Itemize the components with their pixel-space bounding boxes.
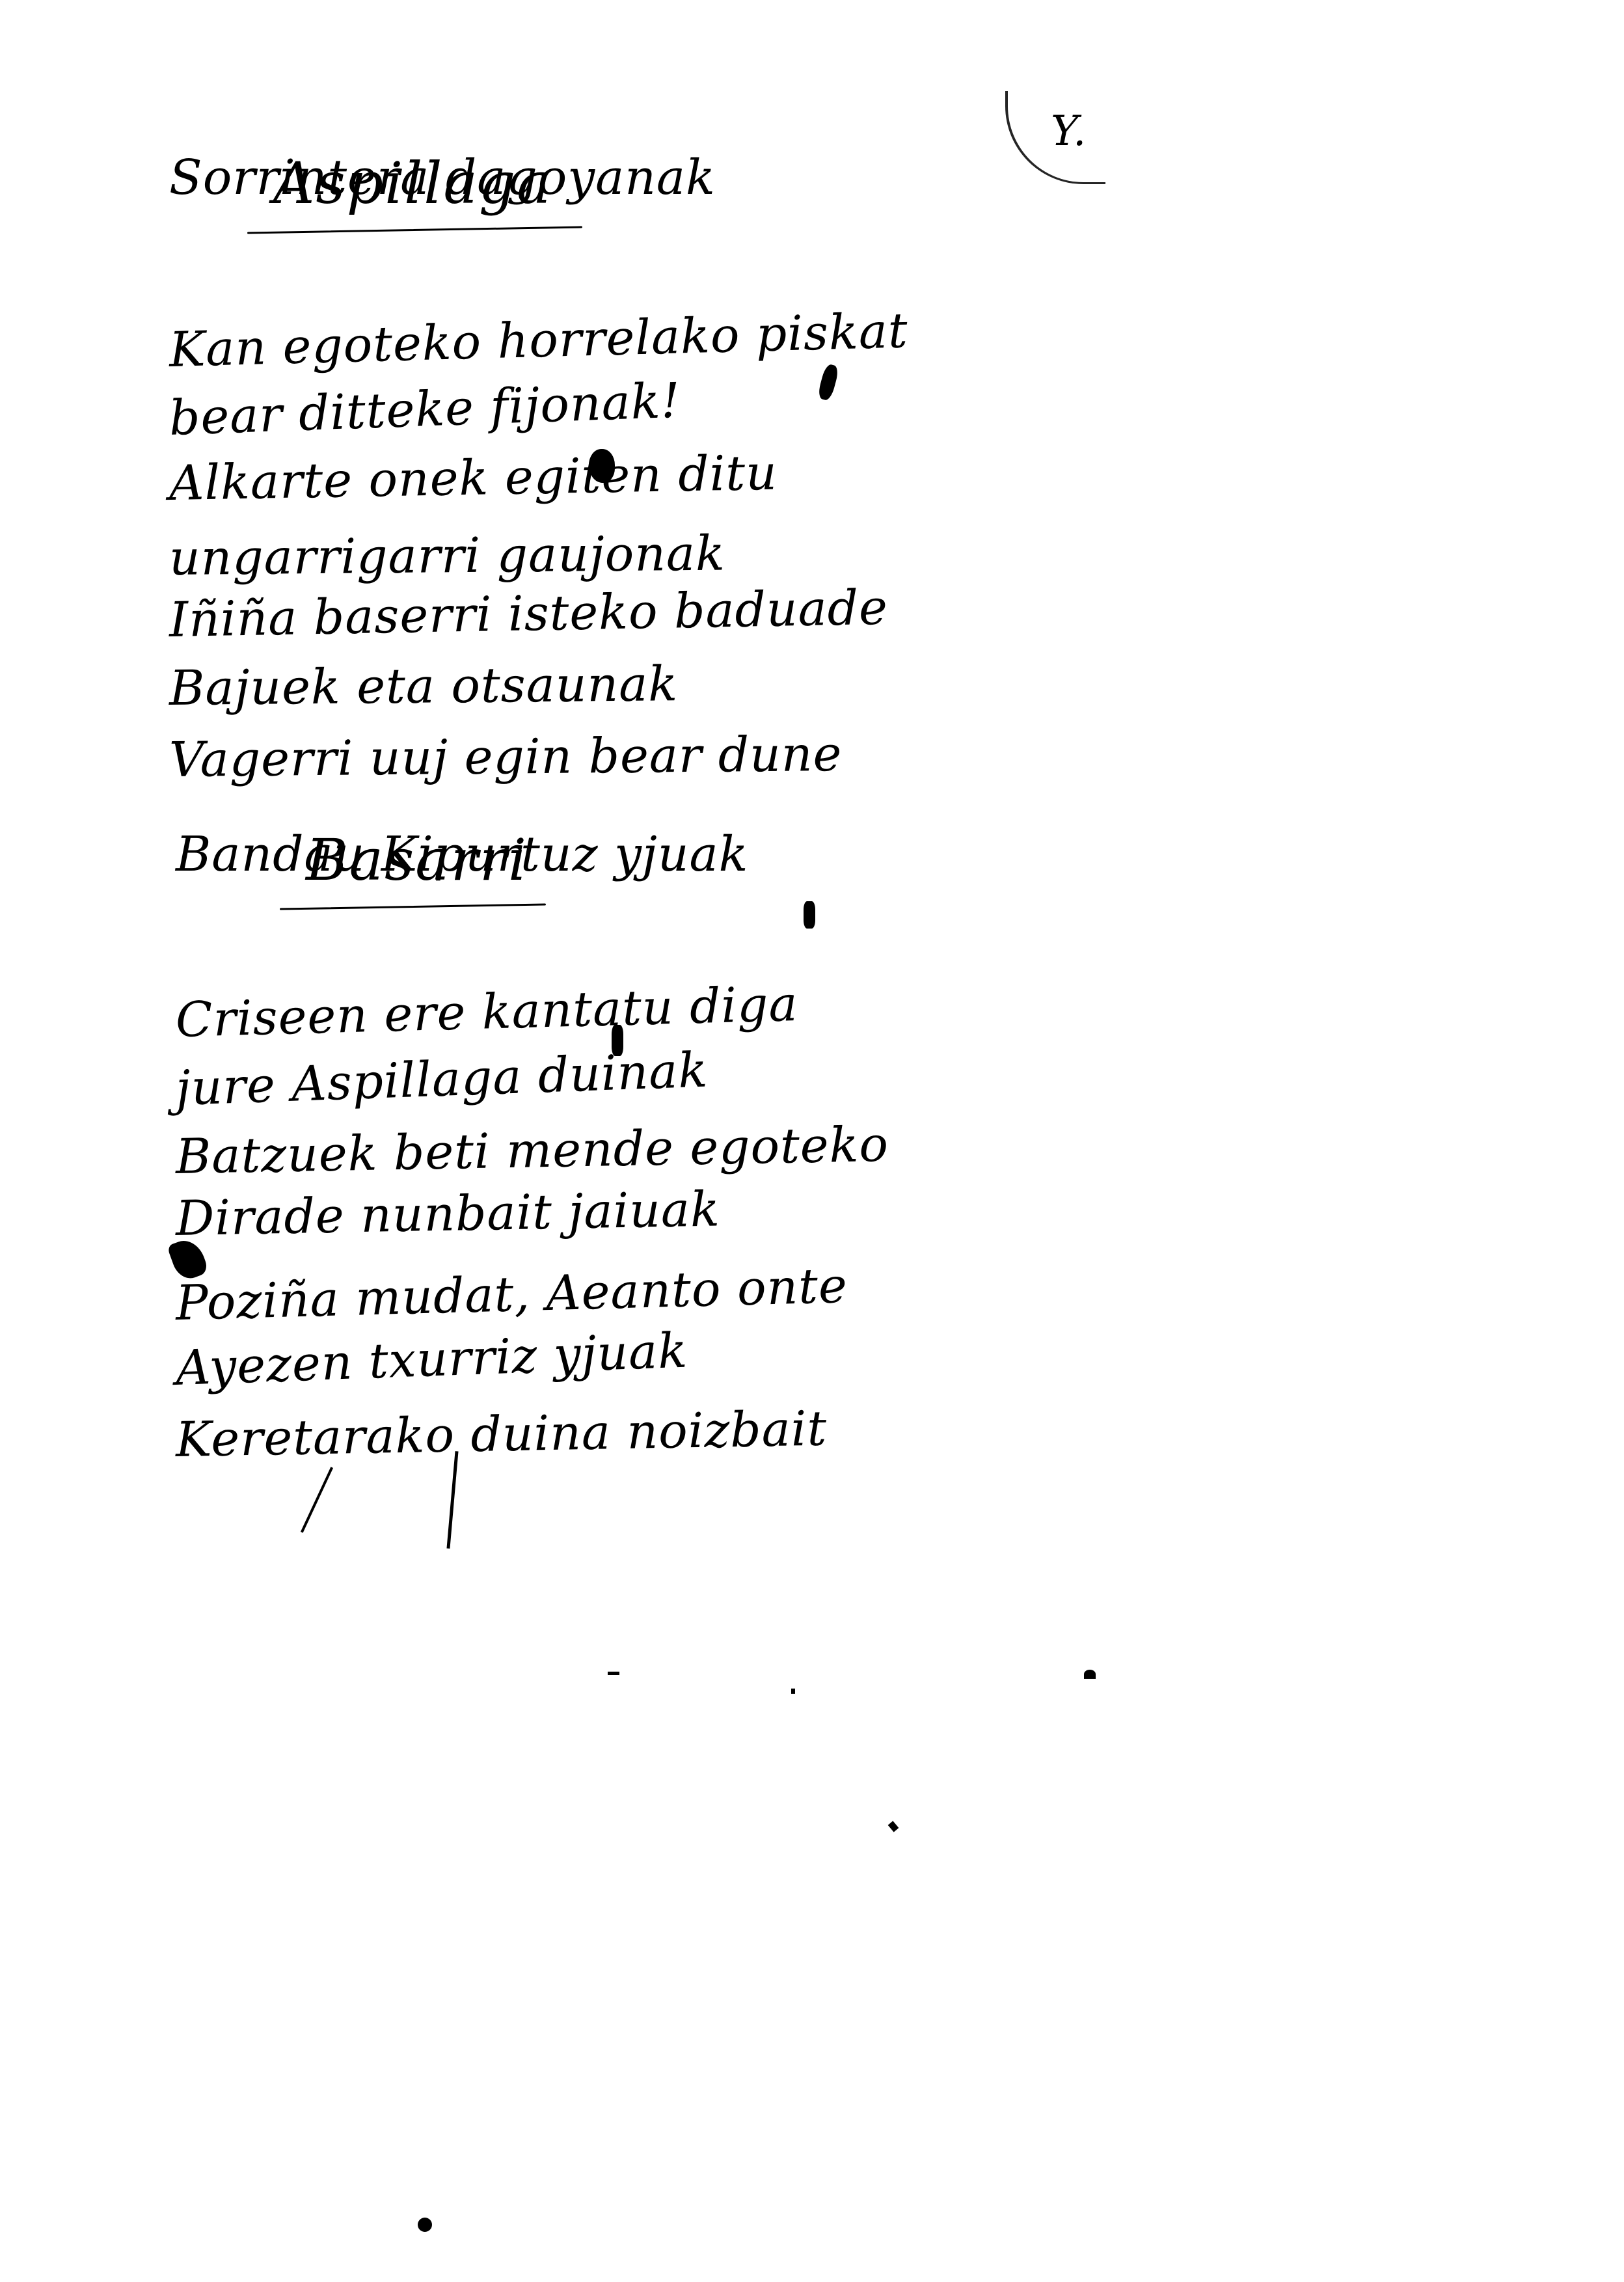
- verse-line: Kan egoteko horrelako piskat: [169, 303, 909, 378]
- verse-line: Ayezen txurriz yjuak: [174, 1323, 688, 1396]
- verse-line: Sorrintera dagoyanak: [169, 150, 716, 206]
- verse-line: jure Aspillaga duinak: [174, 1042, 709, 1117]
- verse-line: ungarrigarri gaujonak: [169, 526, 726, 586]
- ink-dot: [418, 2218, 432, 2232]
- page-number: Y.: [1005, 91, 1116, 182]
- ink-blot: [817, 363, 839, 401]
- verse-line: Alkarte onek egiten ditu: [169, 445, 778, 511]
- ink-blot: [804, 901, 815, 929]
- verse-line: Bajuek eta otsaunak: [169, 656, 679, 716]
- verse-line: Keretarako duina noizbait: [175, 1401, 828, 1468]
- ink-speck: [1084, 1670, 1096, 1679]
- verse-line: Poziña mudat, Aeanto onte: [175, 1258, 848, 1331]
- verse-line: Iñiña baserri isteko baduade: [169, 580, 888, 648]
- verse-line: bear ditteke fijonak!: [168, 373, 681, 446]
- manuscript-page: Y. Aspillaga Kan egoteko horrelako piska…: [0, 0, 1624, 2282]
- ink-speck: [888, 1821, 899, 1832]
- verse-line: Dirade nunbait jaiuak: [175, 1181, 720, 1247]
- page-number-label: Y.: [1051, 111, 1086, 152]
- verse-line: Vagerri uuj egin bear dune: [169, 726, 843, 788]
- ink-blot: [612, 1025, 623, 1056]
- verse-line: Bandau Kipurtuz yjuak: [176, 826, 748, 882]
- pen-stroke: [301, 1467, 333, 1532]
- verse-line: Batzuek beti mende egoteko: [175, 1117, 889, 1185]
- ink-speck: [791, 1689, 795, 1694]
- ink-speck: [608, 1672, 619, 1675]
- ink-blot: [589, 449, 615, 483]
- verse-line: Criseen ere kantatu diga: [175, 976, 799, 1048]
- pen-stroke: [446, 1451, 458, 1549]
